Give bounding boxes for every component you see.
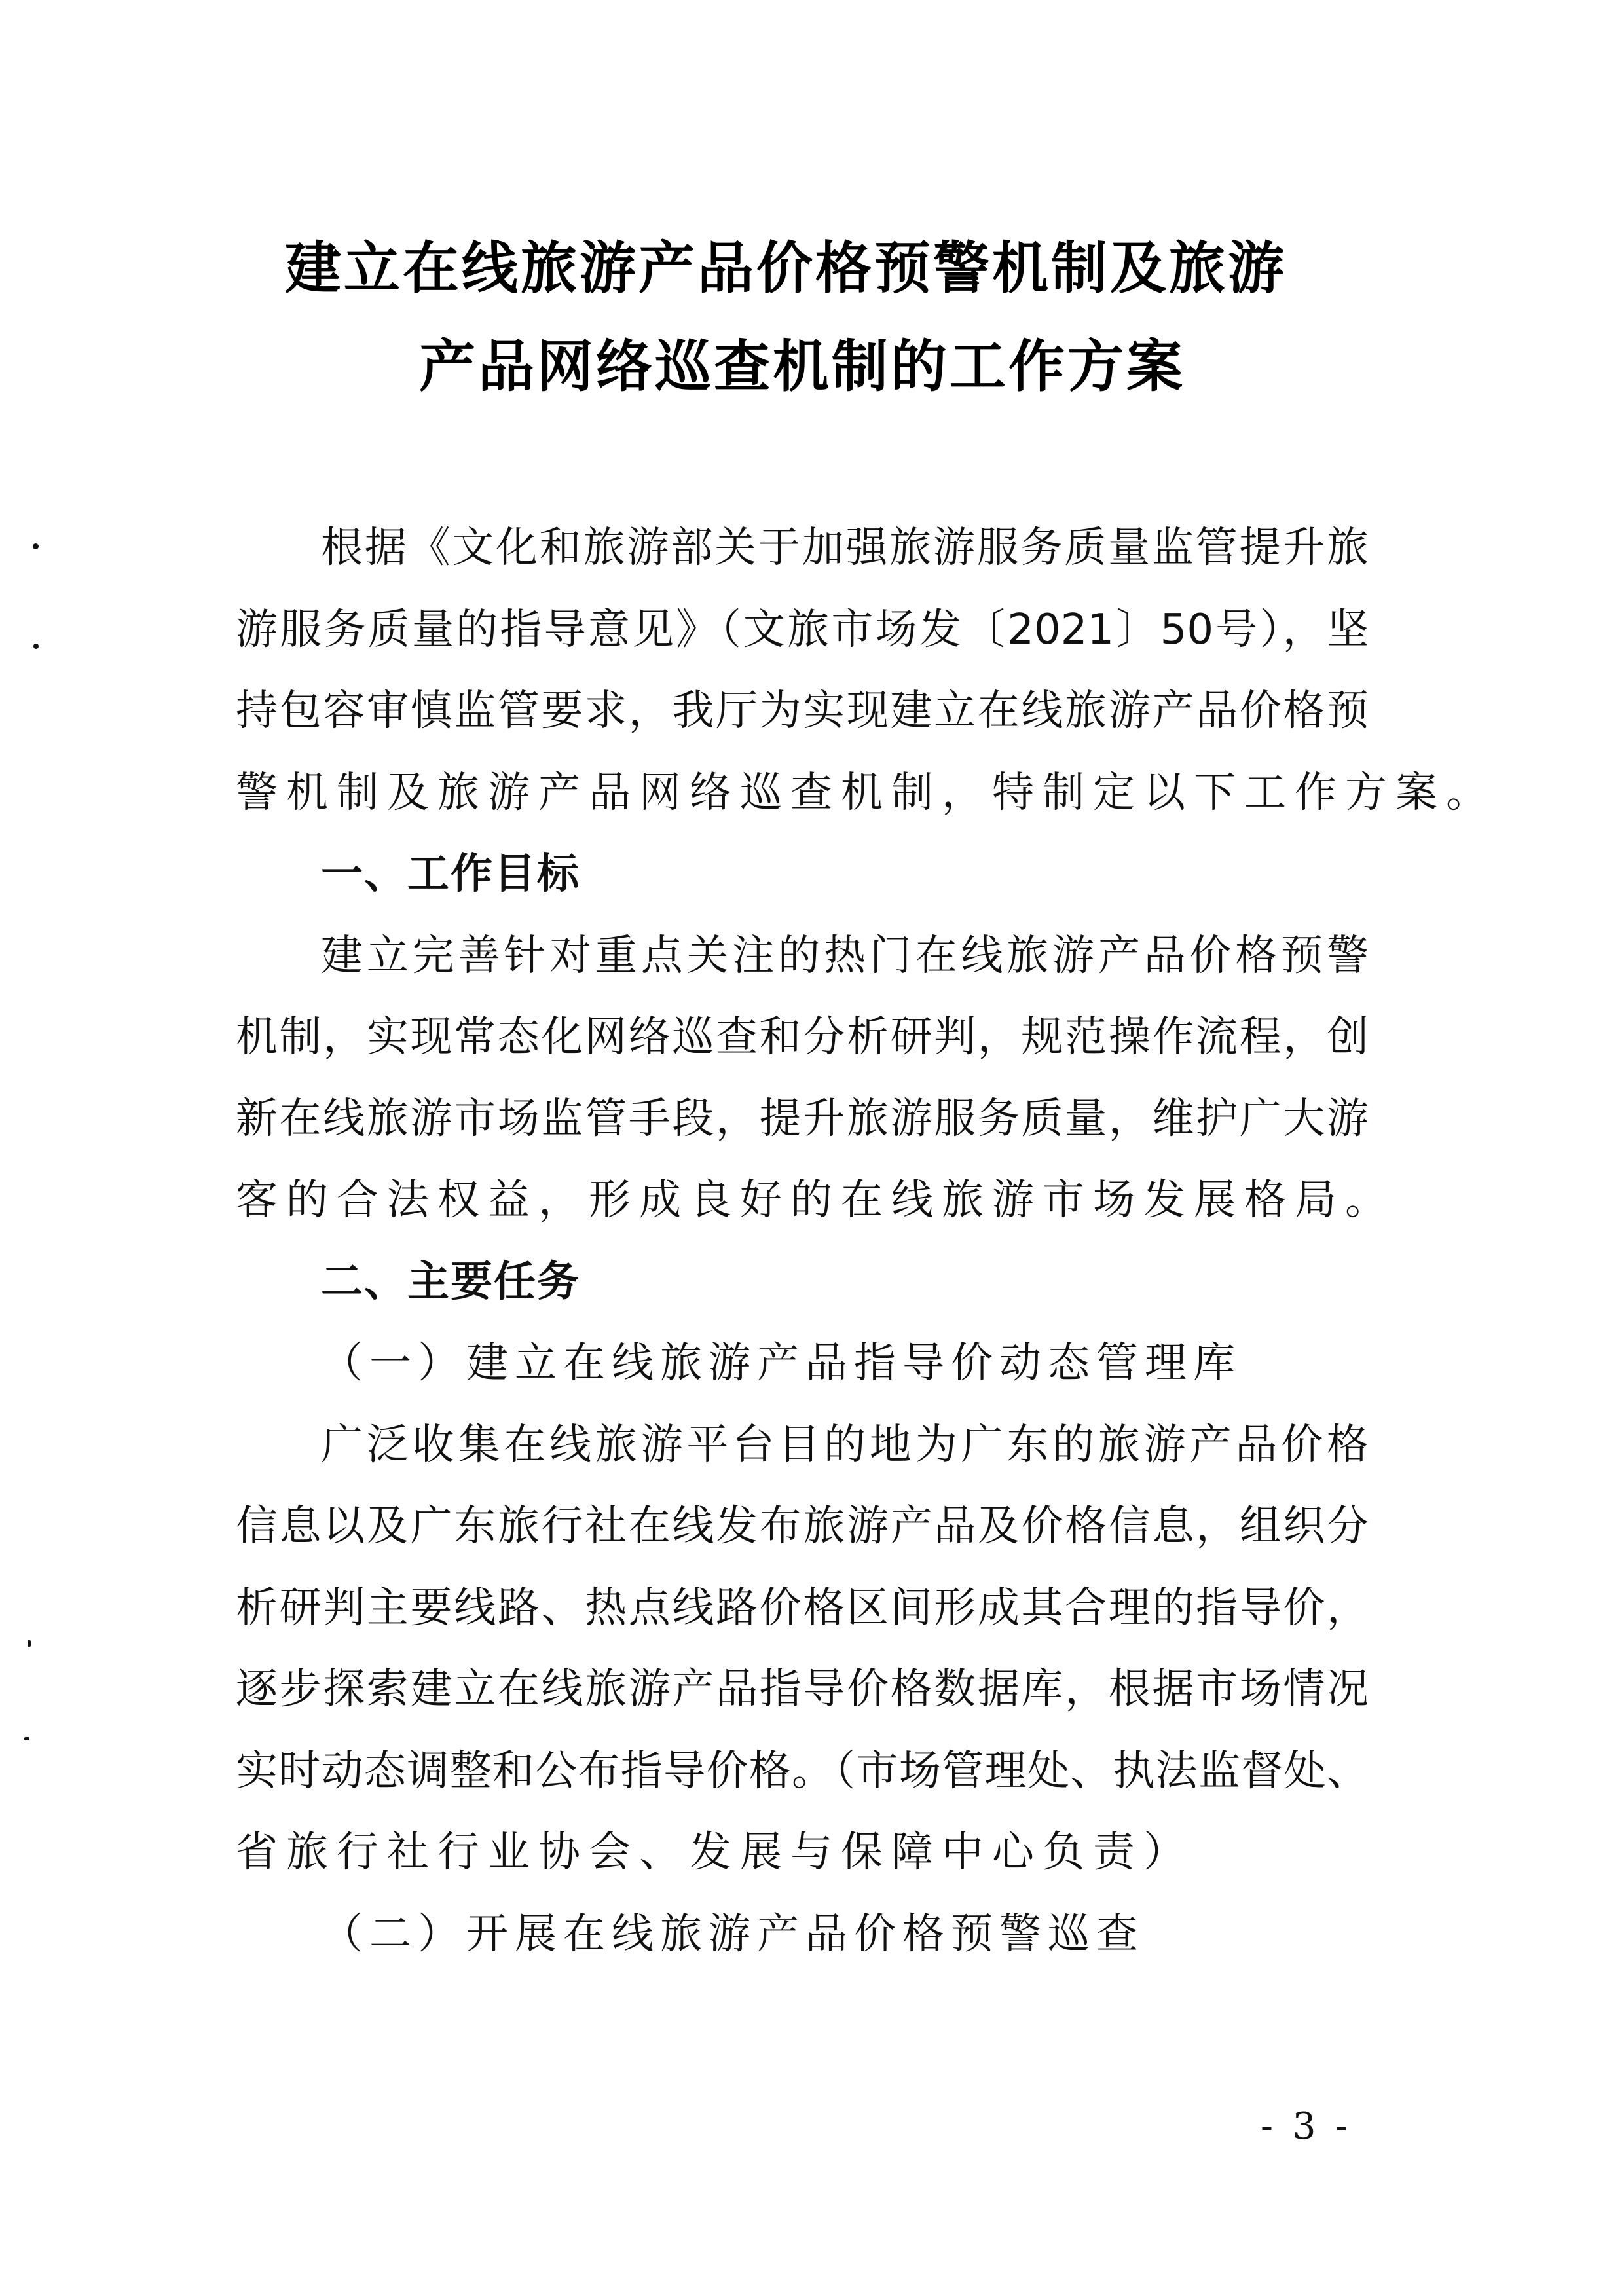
section-1-line: 建立完善针对重点关注的热门在线旅游产品价格预警 [236, 915, 1369, 997]
subsection-1-heading: （一）建立在线旅游产品指导价动态管理库 [236, 1323, 1369, 1405]
section-1-line: 机制，实现常态化网络巡查和分析研判，规范操作流程，创 [236, 997, 1369, 1078]
intro-line: 持包容审慎监管要求，我厅为实现建立在线旅游产品价格预 [236, 670, 1369, 752]
scan-speck [33, 543, 39, 549]
subsection-1-line: 析研判主要线路、热点线路价格区间形成其合理的指导价， [236, 1568, 1369, 1649]
document-body: 根据《文化和旅游部关于加强旅游服务质量监管提升旅 游服务质量的指导意见》（文旅市… [236, 507, 1369, 1975]
section-1-heading: 一、工作目标 [236, 834, 1369, 915]
subsection-1-line: 实时动态调整和公布指导价格。（市场管理处、执法监督处、 [236, 1731, 1369, 1812]
subsection-1-line: 省旅行社行业协会、发展与保障中心负责） [236, 1812, 1369, 1894]
title-line-1: 建立在线旅游产品价格预警机制及旅游 [0, 219, 1624, 318]
scan-speck [28, 1640, 31, 1647]
intro-line: 游服务质量的指导意见》（文旅市场发〔2021〕50号），坚 [236, 589, 1369, 671]
scan-speck [24, 1737, 29, 1740]
subsection-1-line: 逐步探索建立在线旅游产品指导价格数据库，根据市场情况 [236, 1649, 1369, 1731]
intro-line: 警机制及旅游产品网络巡查机制，特制定以下工作方案。 [236, 752, 1369, 834]
title-line-2: 产品网络巡查机制的工作方案 [0, 318, 1624, 416]
subsection-1-line: 信息以及广东旅行社在线发布旅游产品及价格信息，组织分 [236, 1486, 1369, 1568]
intro-line: 根据《文化和旅游部关于加强旅游服务质量监管提升旅 [236, 507, 1369, 589]
section-1-line: 新在线旅游市场监管手段，提升旅游服务质量，维护广大游 [236, 1078, 1369, 1160]
subsection-2-heading: （二）开展在线旅游产品价格预警巡查 [236, 1894, 1369, 1975]
document-page: 建立在线旅游产品价格预警机制及旅游 产品网络巡查机制的工作方案 根据《文化和旅游… [0, 0, 1624, 2295]
section-2-heading: 二、主要任务 [236, 1241, 1369, 1323]
document-title: 建立在线旅游产品价格预警机制及旅游 产品网络巡查机制的工作方案 [0, 219, 1624, 416]
page-number: - 3 - [1261, 2105, 1352, 2148]
subsection-1-line: 广泛收集在线旅游平台目的地为广东的旅游产品价格 [236, 1405, 1369, 1486]
scan-speck [33, 644, 39, 649]
section-1-line: 客的合法权益，形成良好的在线旅游市场发展格局。 [236, 1160, 1369, 1241]
